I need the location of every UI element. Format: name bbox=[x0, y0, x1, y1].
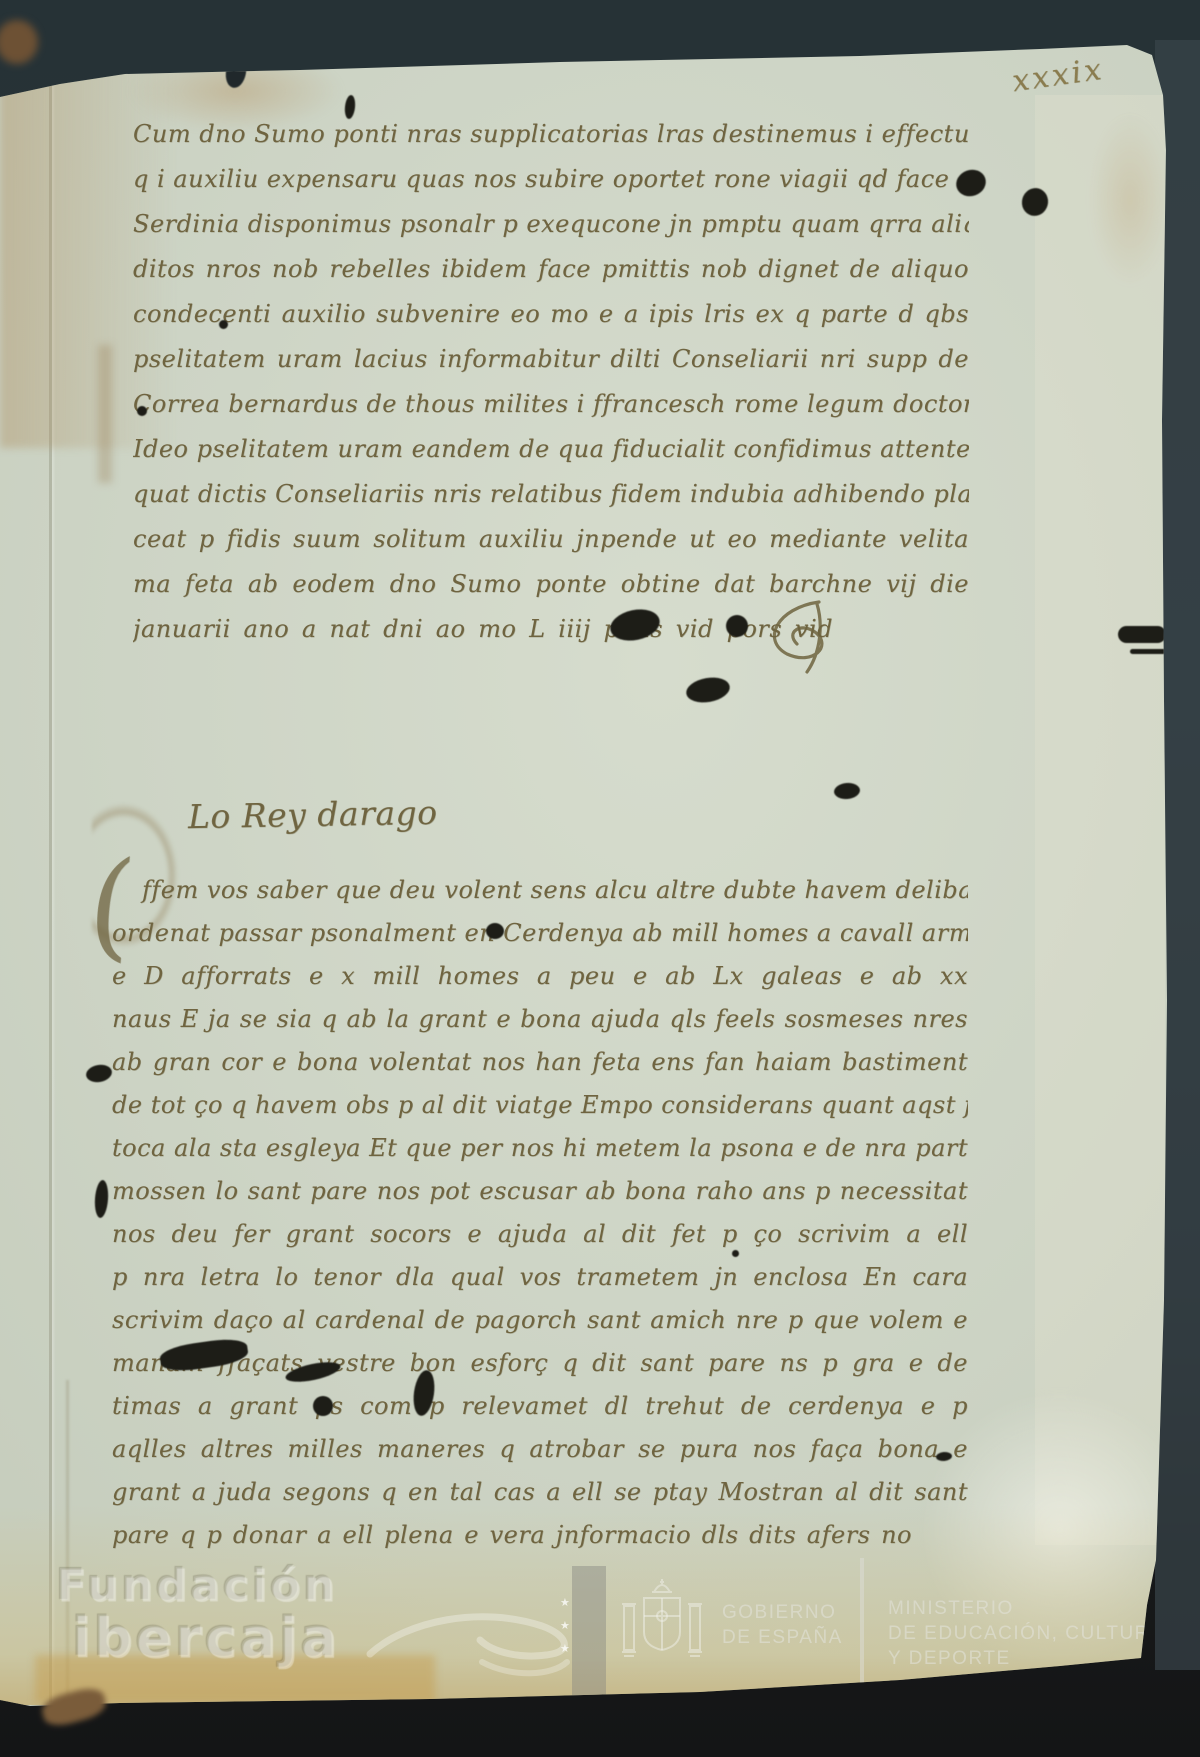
manuscript-line: pare q p donar a ell plena e vera jnform… bbox=[112, 1513, 912, 1558]
spain-coat-of-arms-icon bbox=[614, 1576, 710, 1680]
manuscript-line: grant a juda segons q en tal cas a ell s… bbox=[112, 1470, 968, 1515]
star-icon: ★ bbox=[560, 1642, 570, 1655]
manuscript-line: timas a grant ps com p relevamet dl treh… bbox=[112, 1384, 968, 1429]
pale-right-margin bbox=[1035, 95, 1165, 1545]
manuscript-line: Ideo pselitatem uram eandem de qua fiduc… bbox=[133, 427, 969, 472]
ink-blot bbox=[486, 923, 504, 939]
manuscript-line: Serdinia disponimus psonalr p exequcone … bbox=[133, 202, 969, 247]
folio-number: xxxix bbox=[1010, 52, 1106, 100]
manuscript-line: scrivim daço al cardenal de pagorch sant… bbox=[112, 1298, 968, 1343]
manuscript-line: nos deu fer grant socors e ajuda al dit … bbox=[112, 1212, 968, 1257]
ink-blot bbox=[732, 1250, 739, 1257]
ink-blot bbox=[1019, 185, 1051, 219]
royal-heading: Lo Rey darago bbox=[188, 793, 438, 836]
manuscript-line: quat dictis Conseliariis nris relatibus … bbox=[133, 472, 969, 517]
gutter-fold-line bbox=[49, 80, 52, 1702]
ink-blot bbox=[85, 1063, 114, 1084]
star-icon: ★ bbox=[560, 1619, 570, 1632]
manuscript-line: q i auxiliu expensaru quas nos subire op… bbox=[133, 157, 969, 202]
fundacion-watermark-line1: Fundación bbox=[56, 1560, 337, 1611]
manuscript-line: Correa bernardus de thous milites i ffra… bbox=[133, 382, 969, 427]
stain-left-streak bbox=[98, 345, 112, 483]
manuscript-line: ffem vos saber que deu volent sens alcu … bbox=[112, 868, 968, 913]
watermark-divider bbox=[860, 1558, 864, 1750]
manuscript-line: p nra letra lo tenor dla qual vos tramet… bbox=[112, 1255, 968, 1300]
ibercaja-swoosh-logo bbox=[362, 1592, 577, 1692]
page-hole bbox=[223, 55, 248, 90]
ministerio-line2: DE EDUCACIÓN, CULTURA bbox=[888, 1621, 1164, 1646]
ink-blot bbox=[137, 406, 147, 416]
manuscript-line: ceat p fidis suum solitum auxiliu jnpend… bbox=[133, 517, 969, 562]
binding-fuzz bbox=[0, 20, 38, 64]
ink-blot bbox=[94, 1180, 110, 1219]
stain-right-top bbox=[1090, 115, 1170, 285]
manuscript-line: aqlles altres milles maneres q atrobar s… bbox=[112, 1427, 968, 1472]
manuscript-line: ordenat passar psonalment en Cerdenya ab… bbox=[112, 911, 968, 956]
ink-blot bbox=[726, 615, 748, 637]
ministerio-line3: Y DEPORTE bbox=[888, 1646, 1164, 1671]
manuscript-line: de tot ço q havem obs p al dit viatge Em… bbox=[112, 1083, 968, 1128]
manuscript-line: condecenti auxilio subvenire eo mo e a i… bbox=[133, 292, 969, 337]
manuscript-line: Cum dno Sumo ponti nras supplicatorias l… bbox=[133, 112, 969, 157]
gobierno-watermark: GOBIERNO DE ESPAÑA bbox=[722, 1600, 843, 1650]
ink-blot bbox=[313, 1396, 333, 1416]
paraph-flourish bbox=[757, 598, 849, 676]
ink-blot bbox=[1118, 626, 1166, 643]
manuscript-line: pselitatem uram lacius informabitur dilt… bbox=[133, 337, 969, 382]
manuscript-line: ab gran cor e bona volentat nos han feta… bbox=[112, 1040, 968, 1085]
star-icon: ★ bbox=[560, 1596, 570, 1609]
manuscript-line: mossen lo sant pare nos pot escusar ab b… bbox=[112, 1169, 968, 1214]
ink-blot bbox=[684, 674, 731, 705]
bottom-crease bbox=[66, 1380, 69, 1700]
manuscript-line: ditos nros nob rebelles ibidem face pmit… bbox=[133, 247, 969, 292]
manuscript-line: naus E ja se sia q ab la grant e bona aj… bbox=[112, 997, 968, 1042]
gobierno-line2: DE ESPAÑA bbox=[722, 1625, 843, 1650]
parchment-page: xxxix Cum dno Sumo ponti nras supplicato… bbox=[0, 0, 1200, 1757]
gobierno-logo-bar bbox=[572, 1566, 606, 1698]
manuscript-line: e D afforrats e x mill homes a peu e ab … bbox=[112, 954, 968, 999]
ink-blot bbox=[1130, 649, 1166, 654]
ministerio-watermark: MINISTERIO DE EDUCACIÓN, CULTURA Y DEPOR… bbox=[888, 1596, 1164, 1671]
gobierno-line1: GOBIERNO bbox=[722, 1600, 843, 1625]
ministerio-line1: MINISTERIO bbox=[888, 1596, 1164, 1621]
ink-blot bbox=[833, 782, 860, 800]
manuscript-line: toca ala sta esgleya Et que per nos hi m… bbox=[112, 1126, 968, 1171]
ink-blot bbox=[219, 320, 228, 329]
fundacion-watermark-line2: ibercaja bbox=[72, 1606, 340, 1669]
manuscript-photo: xxxix Cum dno Sumo ponti nras supplicato… bbox=[0, 0, 1200, 1757]
